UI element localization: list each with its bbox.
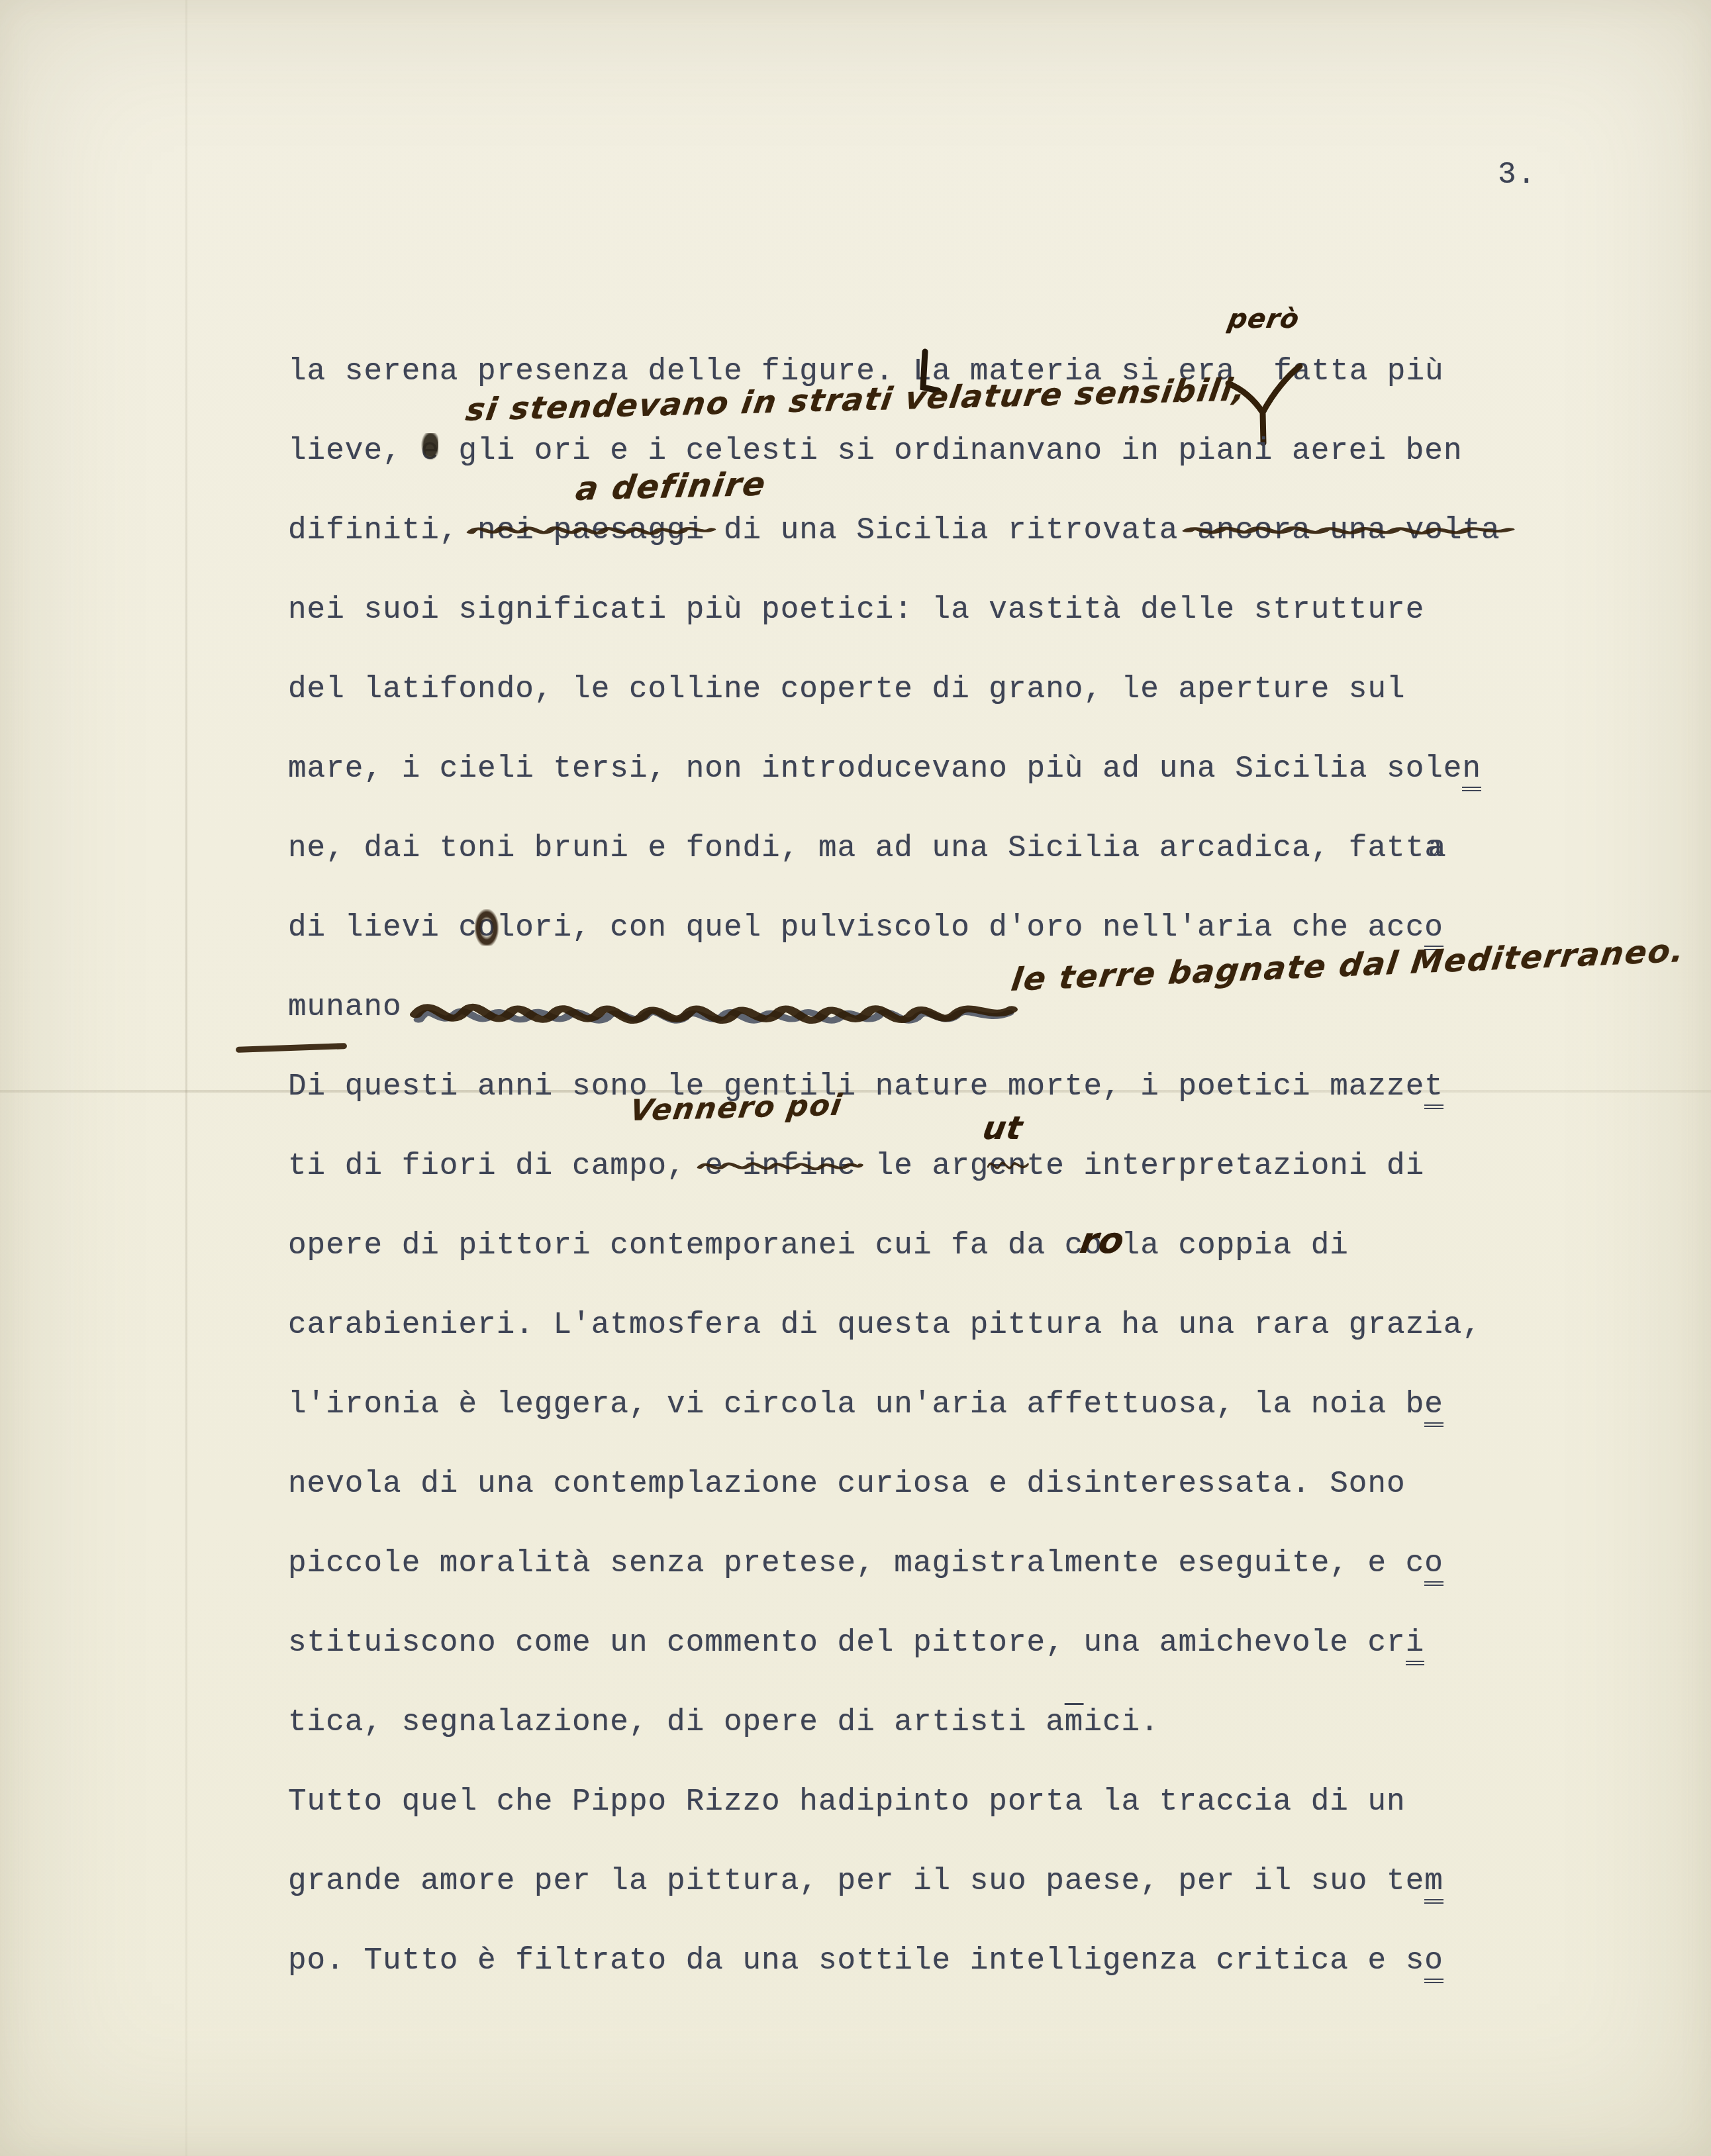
continuation-mark: t bbox=[1424, 1069, 1443, 1109]
typed-text: grande amore per la pittura, per il suo … bbox=[288, 1864, 1424, 1898]
typed-text: m bbox=[1424, 1864, 1443, 1898]
scribble-mark bbox=[1188, 518, 1509, 541]
handwritten-note: però bbox=[1226, 304, 1302, 334]
typed-line-19: Tutto quel che Pippo Rizzo hadipinto por… bbox=[288, 1785, 1406, 1820]
typed-text: e bbox=[420, 434, 440, 468]
struck-text: en bbox=[989, 1149, 1026, 1184]
struck-text: e infine bbox=[705, 1149, 856, 1184]
typed-text: di una Sicilia ritrovata bbox=[705, 513, 1197, 548]
handwritten-note: ro bbox=[1077, 1220, 1128, 1261]
typed-text: lieve, bbox=[288, 434, 420, 468]
corrected-chars: enut bbox=[989, 1149, 1026, 1184]
continuation-mark: n bbox=[1462, 752, 1481, 791]
typed-text: la coppia di bbox=[1102, 1228, 1349, 1263]
typed-text: lori, con quel pulviscolo d'oro nell'ari… bbox=[497, 910, 1425, 945]
vertical-paper-crease bbox=[185, 0, 187, 2156]
typed-text: ici. bbox=[1083, 1705, 1159, 1739]
continuation-mark: o bbox=[1424, 1546, 1443, 1586]
typed-line-2: lieve, e gli ori e i celesti si ordinanv… bbox=[288, 434, 1463, 469]
typed-text: n bbox=[1462, 752, 1481, 786]
continuation-mark: o bbox=[1424, 1943, 1443, 1983]
typed-line-4: nei suoi significati più poetici: la vas… bbox=[288, 593, 1424, 628]
typed-text: difiniti, bbox=[288, 513, 477, 548]
typed-line-7: ne, dai toni bruni e fondi, ma ad una Si… bbox=[288, 831, 1443, 866]
typed-text: nei suoi significati più poetici: la vas… bbox=[288, 593, 1424, 627]
handwritten-note: a definire bbox=[573, 465, 769, 508]
struck-text: nei paesaggi bbox=[477, 513, 705, 548]
typed-text: i bbox=[1406, 1626, 1425, 1660]
typed-text: te interpretazioni di bbox=[1027, 1149, 1425, 1183]
typed-text: opere di pittori contemporanei cui fa da… bbox=[288, 1228, 1083, 1263]
typed-text: l'ironia è leggera, vi circola un'aria a… bbox=[288, 1387, 1424, 1422]
typed-text: po. Tutto è filtrato da una sottile inte… bbox=[288, 1943, 1424, 1978]
typed-line-3: difiniti, nei paesaggi di una Sicilia ri… bbox=[288, 513, 1500, 548]
corrected-chars: oro bbox=[1083, 1228, 1102, 1263]
typed-line-12: opere di pittori contemporanei cui fa da… bbox=[288, 1228, 1349, 1263]
typed-text: o bbox=[477, 910, 497, 945]
typed-line-11: ti di fiori di campo, e infine le argenu… bbox=[288, 1149, 1424, 1184]
typed-text: o bbox=[1424, 910, 1443, 945]
typed-text: ne, dai toni bruni e fondi, ma ad una Si… bbox=[288, 831, 1424, 865]
typed-line-16: piccole moralità senza pretese, magistra… bbox=[288, 1546, 1443, 1581]
overstruck-char: m bbox=[1065, 1705, 1084, 1739]
pen-dash-mark bbox=[236, 1043, 347, 1053]
typed-text: munano bbox=[288, 990, 420, 1024]
continuation-mark: e bbox=[1424, 1387, 1443, 1427]
typed-line-18: tica, segnalazione, di opere di artisti … bbox=[288, 1705, 1159, 1740]
handwritten-note: Vennero poi bbox=[628, 1089, 845, 1128]
illegible-struck-text bbox=[416, 985, 1012, 1037]
typed-text: del latifondo, le colline coperte di gra… bbox=[288, 672, 1406, 707]
typed-text: carabienieri. L'atmosfera di questa pitt… bbox=[288, 1308, 1481, 1342]
typed-text: o bbox=[1424, 1546, 1443, 1581]
typed-line-15: nevola di una contemplazione curiosa e d… bbox=[288, 1467, 1406, 1502]
scribble-mark bbox=[700, 1153, 861, 1177]
typed-text: mare, i cieli tersi, non introducevano p… bbox=[288, 752, 1462, 786]
typed-text: gli ori e i celesti si ordinanvano in pi… bbox=[440, 434, 1463, 468]
typed-line-13: carabienieri. L'atmosfera di questa pitt… bbox=[288, 1308, 1481, 1343]
typed-line-21: po. Tutto è filtrato da una sottile inte… bbox=[288, 1943, 1443, 1979]
typed-text: di lievi c bbox=[288, 910, 477, 945]
typed-text: t bbox=[1424, 1069, 1443, 1104]
typed-line-20: grande amore per la pittura, per il suo … bbox=[288, 1864, 1443, 1899]
typed-line-10: Di questi anni sono le gentili nature mo… bbox=[288, 1069, 1443, 1104]
typed-line-14: l'ironia è leggera, vi circola un'aria a… bbox=[288, 1387, 1443, 1422]
struck-text: ancora una volta bbox=[1197, 513, 1500, 548]
typed-text: ti di fiori di campo, bbox=[288, 1149, 705, 1183]
scribble-mark bbox=[988, 1153, 1028, 1177]
typed-line-6: mare, i cieli tersi, non introducevano p… bbox=[288, 752, 1481, 787]
typed-text: Di questi anni sono le gentili nature mo… bbox=[288, 1069, 1424, 1104]
typed-text: le arg bbox=[856, 1149, 989, 1183]
typed-line-8: di lievi colori, con quel pulviscolo d'o… bbox=[288, 910, 1443, 946]
typed-text: stituiscono come un commento del pittore… bbox=[288, 1626, 1406, 1660]
scribble-mark bbox=[471, 518, 712, 541]
typed-text: o bbox=[1424, 1943, 1443, 1978]
typed-line-5: del latifondo, le colline coperte di gra… bbox=[288, 672, 1406, 707]
scribble-mark bbox=[416, 985, 1012, 1037]
typed-text: nevola di una contemplazione curiosa e d… bbox=[288, 1467, 1406, 1501]
typed-text: piccole moralità senza pretese, magistra… bbox=[288, 1546, 1424, 1581]
typed-text: tica, segnalazione, di opere di artisti … bbox=[288, 1705, 1065, 1739]
continuation-mark: i bbox=[1406, 1626, 1425, 1665]
typed-text: e bbox=[1424, 1387, 1443, 1422]
overtyped-char: a bbox=[1424, 831, 1443, 865]
blotted-char: o bbox=[477, 910, 497, 946]
continuation-mark: m bbox=[1424, 1864, 1443, 1904]
handwritten-note: ut bbox=[981, 1110, 1026, 1147]
page-number: 3. bbox=[1498, 158, 1537, 192]
manuscript-page: 3. la serena presenza delle figure. La m… bbox=[0, 0, 1711, 2156]
typed-text: Tutto quel che Pippo Rizzo hadipinto por… bbox=[288, 1785, 1406, 1819]
blotted-char: e bbox=[420, 434, 440, 469]
typed-line-17: stituiscono come un commento del pittore… bbox=[288, 1626, 1424, 1661]
typed-line-9: munano bbox=[288, 990, 420, 1025]
